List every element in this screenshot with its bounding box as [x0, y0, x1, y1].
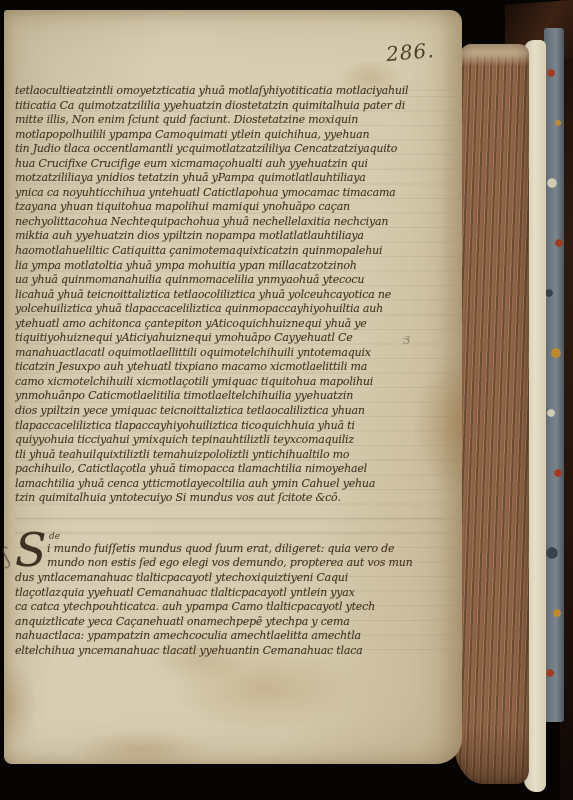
- manuscript-text: tetlaocultieatzintli omoyetzticatia yhuā…: [15, 84, 455, 658]
- text-line: i mundo fuiſſetis mundus quod ſuum erat,…: [15, 542, 455, 557]
- text-line: motlapopolhuilili ypampa Camoquimati ytl…: [15, 128, 455, 143]
- text-line: tzin quimitalhuia yntotecuiyo Si mundus …: [15, 491, 455, 506]
- text-line: tlapaccaceliliztica tlapaccayhiyohuilizt…: [15, 419, 455, 434]
- text-line: nahuactlaca: ypampatzin amechcoculia ame…: [15, 629, 455, 644]
- text-line: quiyyohuia ticciyahui ymixquich tepinauh…: [15, 433, 455, 448]
- text-line: yolcehuiliztica yhuā tlapaccaceliliztica…: [15, 302, 455, 317]
- text-line: ytehuatl amo achitonca çantepiton yAtico…: [15, 317, 455, 332]
- text-line: ua yhuā quinmomanahuilia quinmomacelilia…: [15, 273, 455, 288]
- paragraph-1: tetlaocultieatzintli omoyetzticatia yhuā…: [15, 84, 455, 506]
- page-number: 286.: [385, 38, 435, 66]
- text-line: lia ympa motlatoltia yhuā ympa mohuitia …: [15, 259, 455, 274]
- text-line: ynmohuānpo Caticmotlaelitilia timotlaelt…: [15, 389, 455, 404]
- text-line: haomotlahueliltic Catiquitta çanimotemaq…: [15, 244, 455, 259]
- text-line: anquiztlicate yeca Caçanehuatl onamechpe…: [15, 615, 455, 630]
- text-line: tiquitiyohuiznequi yAticiyahuiznequi ymo…: [15, 331, 455, 346]
- paragraph-2-lines: i mundo fuiſſetis mundus quod ſuum erat,…: [15, 542, 455, 658]
- text-line: mitte illis, Non enim ſciunt quid faciun…: [15, 113, 455, 128]
- text-line: miktia auh yyehuatzin dios ypiltzin nopa…: [15, 229, 455, 244]
- text-line: manahuactlacatl oquimotlaellittili oquim…: [15, 346, 455, 361]
- text-line: dus yntlacemanahuac tlalticpacayotl ytec…: [15, 571, 455, 586]
- margin-flourish: ʃ: [0, 544, 14, 568]
- text-line: tin Judio tlaca occentlamantli ycquimotl…: [15, 142, 455, 157]
- marbled-endpaper: [544, 28, 564, 722]
- text-line: tetlaocultieatzintli omoyetzticatia yhuā…: [15, 84, 455, 99]
- text-line: nechyolittacohua Nechtequipachohua yhuā …: [15, 215, 455, 230]
- manuscript-photo: 286. tetlaocultieatzintli omoyetzticatia…: [0, 0, 573, 800]
- text-line: mundo non estis ſed ego elegi vos demund…: [15, 556, 455, 571]
- paragraph-2: ʃ S de i mundo fuiſſetis mundus quod ſuu…: [15, 542, 455, 658]
- text-line: eltelchihua yncemanahuac tlacatl yyehuan…: [15, 644, 455, 659]
- text-line: ynica ca noyuhticchihua yntehuatl Catict…: [15, 186, 455, 201]
- text-line: dios ypiltzin yece ymiquac teicnoittaliz…: [15, 404, 455, 419]
- text-line: ca catca ytechpouhticatca. auh ypampa Ca…: [15, 600, 455, 615]
- text-line: tzayana yhuan tiquitohua mapolihui mamiq…: [15, 200, 455, 215]
- text-line: tlaçotlazquia yyehuatl Cemanahuac tlalti…: [15, 586, 455, 601]
- text-line: tli yhuā teahuilquixtiliztli temahuizpol…: [15, 448, 455, 463]
- verso-show-through: [15, 518, 445, 544]
- text-line: lamachtilia yhuā cenca ytticmotlayecolti…: [15, 477, 455, 492]
- text-line: ticatzin Jesuxpo auh ytehuatl tixpiano m…: [15, 360, 455, 375]
- text-line: pachihuilo, Catictlaçotla yhuā timopacca…: [15, 462, 455, 477]
- text-line: hua Crucifixe Crucifige eum xicmamaçohua…: [15, 157, 455, 172]
- fore-edge-page-stack: [453, 44, 529, 784]
- text-line: motzatzililiaya ynidios tetatzin yhuā yP…: [15, 171, 455, 186]
- text-line: titicatia Ca quimotzatzililia yyehuatzin…: [15, 99, 455, 114]
- book-page: 286. tetlaocultieatzintli omoyetzticatia…: [4, 10, 462, 764]
- text-line: camo xicmotelchihuili xicmotlaçotili ymi…: [15, 375, 455, 390]
- text-line: licahuā yhuā teicnoittaliztica tetlaocol…: [15, 288, 455, 303]
